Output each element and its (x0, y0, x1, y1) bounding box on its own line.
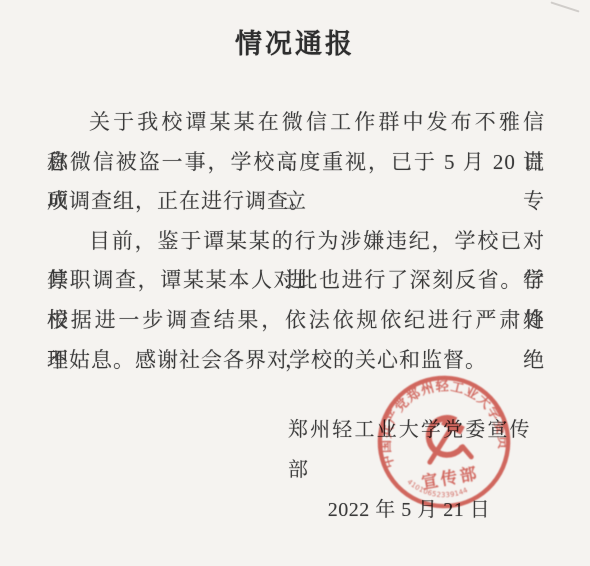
signature-block: 郑州轻工业大学党委宣传部 2022 年 5 月 21 日 (288, 410, 530, 530)
body-line: 根据进一步调查结果，依法依规依纪进行严肃处理，绝 (47, 301, 545, 341)
body-line: 称微信被盗一事，学校高度重视，已于 5 月 20 日成立专 (47, 143, 545, 183)
scan-artifact (550, 1, 579, 12)
body-line: 不姑息。感谢社会各界对学校的关心和监督。 (47, 341, 545, 381)
signature-department: 郑州轻工业大学党委宣传部 (288, 410, 530, 490)
signature-date: 2022 年 5 月 21 日 (288, 490, 530, 530)
body-line: 目前，鉴于谭某某的行为涉嫌违纪，学校已对其进行 (47, 222, 545, 262)
body-line: 关于我校谭某某在微信工作群中发布不雅信息、谎 (47, 103, 545, 143)
document-body: 关于我校谭某某在微信工作群中发布不雅信息、谎 称微信被盗一事，学校高度重视，已于… (47, 103, 545, 380)
document-title: 情况通报 (0, 22, 590, 61)
notice-document: 情况通报 关于我校谭某某在微信工作群中发布不雅信息、谎 称微信被盗一事，学校高度… (0, 0, 590, 566)
body-line: 停职调查，谭某某本人对此也进行了深刻反省。学校将 (47, 261, 545, 301)
